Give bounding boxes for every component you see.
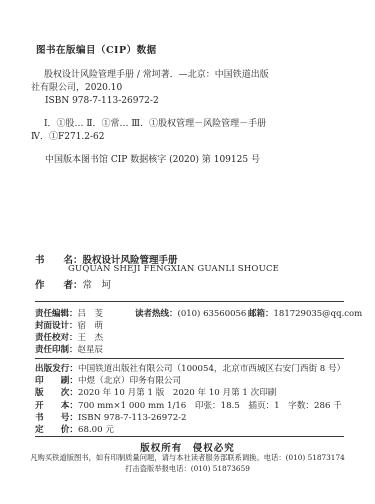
- hotline-cell: 读者热线：(010) 63560056: [135, 308, 246, 320]
- format-label: 开 本：: [35, 401, 78, 411]
- isbn-label: 书 号：: [35, 413, 78, 423]
- isbn-value: ISBN 978-7-113-26972-2: [78, 413, 187, 423]
- email-cell: 邮箱：181729035@qq.com: [248, 308, 362, 320]
- piracy-report-line: 打击盗版举报电话：(010) 51873659: [0, 464, 375, 474]
- format-value: 700 mm×1 000 mm 1/16 印张：18.5 插页：1 字数：286…: [78, 401, 342, 411]
- staff-row-editor: 责任编辑：吕 芰 读者热线：(010) 63560056 邮箱：18172903…: [35, 308, 344, 320]
- print-label: 责任印制：: [35, 345, 78, 355]
- email-label: 邮箱：: [248, 309, 274, 319]
- email-value: 181729035@qq.com: [274, 309, 363, 319]
- proof-value: 王 杰: [78, 333, 104, 343]
- pub-row-price: 定 价：68.00 元: [35, 424, 355, 436]
- book-title-pinyin: GUQUAN SHEJI FENGXIAN GUANLI SHOUCE: [68, 264, 279, 274]
- publication-section: 出版发行：中国铁道出版社有限公司（100054，北京市西城区右安门西街 8 号）…: [35, 363, 355, 436]
- cip-isbn: ISBN 978-7-113-26972-2: [45, 96, 159, 106]
- cip-classification: Ⅰ．①股… Ⅱ．①常… Ⅲ．①股权管理－风险管理－手册 Ⅳ．①F271.2-62: [31, 118, 273, 144]
- service-contact-line: 凡购买铁道版图书，如有印制质量问题，请与本社读者服务部联系调换。电话：(010)…: [0, 453, 375, 463]
- staff-row-cover: 封面设计：宿 萌: [35, 320, 344, 332]
- book-author-row: 作 者：常 坷: [35, 277, 111, 291]
- pub-row-edition: 版 次：2020 年 10 月第 1 版 2020 年 10 月第 1 次印刷: [35, 387, 355, 399]
- pub-row-printer: 印 刷：中煜（北京）印务有限公司: [35, 375, 355, 387]
- price-label: 定 价：: [35, 425, 78, 435]
- pub-row-isbn: 书 号：ISBN 978-7-113-26972-2: [35, 412, 355, 424]
- printer-value: 中煜（北京）印务有限公司: [78, 376, 181, 386]
- printer-label: 印 刷：: [35, 376, 78, 386]
- proof-label: 责任校对：: [35, 333, 78, 343]
- price-value: 68.00 元: [78, 425, 114, 435]
- staff-row-proof: 责任校对：王 杰: [35, 332, 344, 344]
- print-value: 赵星辰: [78, 345, 104, 355]
- editor-value: 吕 芰: [78, 309, 104, 319]
- hotline-label: 读者热线：: [135, 309, 178, 319]
- editor-label: 责任编辑：: [35, 309, 78, 319]
- staff-row-print: 责任印制：赵星辰: [35, 344, 344, 356]
- copyright-page: 图书在版编目（CIP）数据 股权设计风险管理手册 / 常坷著．—北京：中国铁道出…: [0, 0, 375, 504]
- pub-row-format: 开 本：700 mm×1 000 mm 1/16 印张：18.5 插页：1 字数…: [35, 400, 355, 412]
- pub-row-publisher: 出版发行：中国铁道出版社有限公司（100054，北京市西城区右安门西街 8 号）: [35, 363, 355, 375]
- hotline-value: (010) 63560056: [178, 309, 247, 319]
- book-author-value: 常 坷: [83, 280, 112, 291]
- edition-value: 2020 年 10 月第 1 版 2020 年 10 月第 1 次印刷: [78, 388, 276, 398]
- book-author-label: 作 者：: [35, 280, 83, 291]
- cover-label: 封面设计：: [35, 321, 78, 331]
- publisher-label: 出版发行：: [35, 364, 78, 374]
- cip-heading: 图书在版编目（CIP）数据: [36, 42, 157, 56]
- publisher-value: 中国铁道出版社有限公司（100054，北京市西城区右安门西街 8 号）: [78, 364, 345, 374]
- divider-top: [35, 301, 344, 302]
- cover-value: 宿 萌: [78, 321, 104, 331]
- divider-bottom: [35, 436, 344, 437]
- copyright-notice: 版权所有 侵权必究: [0, 440, 375, 454]
- cip-record-number: 中国版本图书馆 CIP 数据核字 (2020) 第 109125 号: [45, 152, 260, 165]
- edition-label: 版 次：: [35, 388, 78, 398]
- divider-middle: [35, 358, 344, 359]
- cip-entry: 股权设计风险管理手册 / 常坷著．—北京：中国铁道出版社有限公司，2020.10: [31, 69, 269, 94]
- staff-section: 责任编辑：吕 芰 读者热线：(010) 63560056 邮箱：18172903…: [35, 308, 344, 356]
